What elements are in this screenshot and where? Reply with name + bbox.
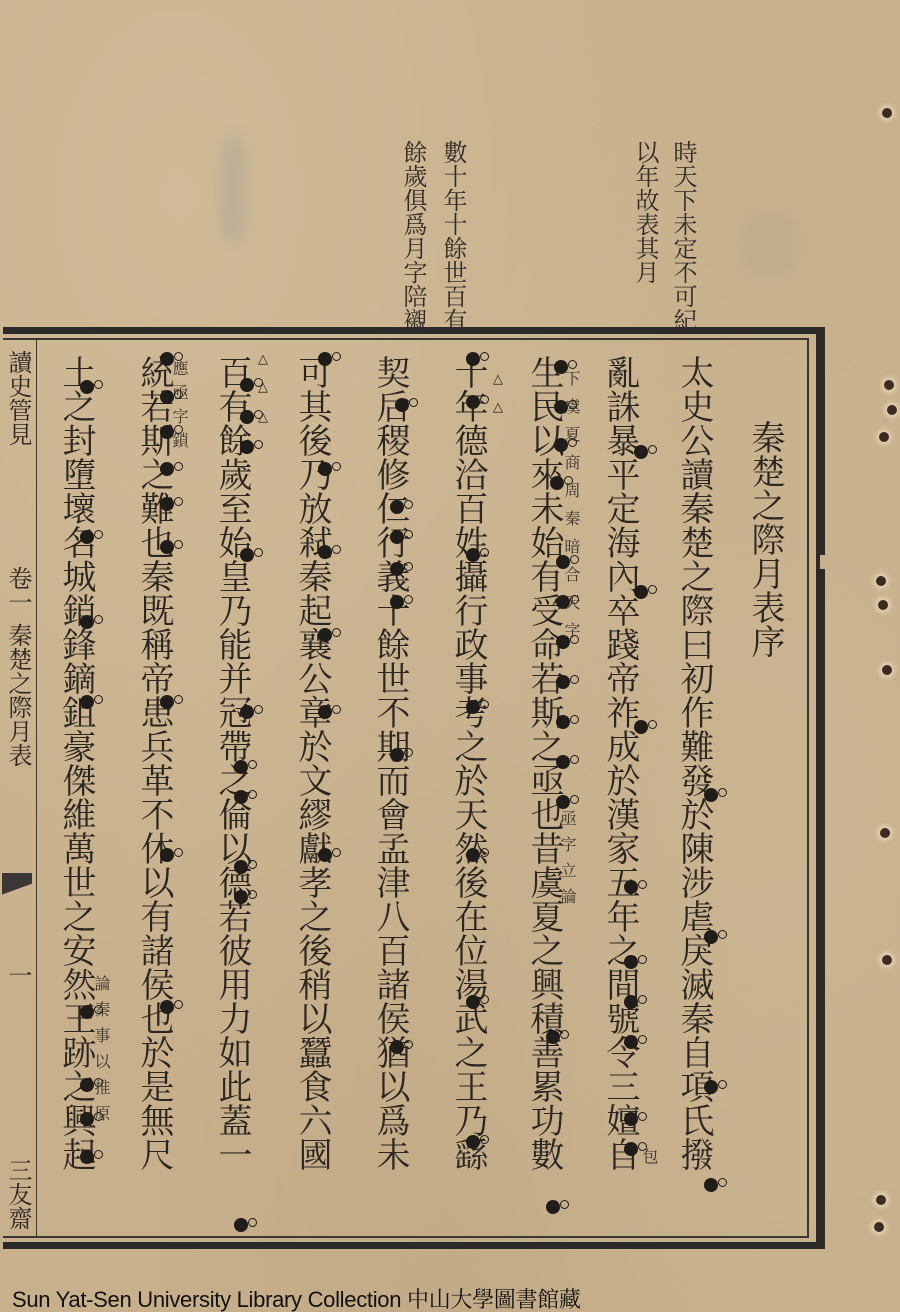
- reading-mark: [160, 390, 174, 404]
- wormhole: [879, 432, 889, 442]
- reading-mark: [556, 755, 570, 769]
- reading-mark: [234, 890, 248, 904]
- reading-mark: [704, 1178, 718, 1192]
- reading-mark: [624, 1112, 638, 1126]
- wormhole: [882, 665, 892, 675]
- reading-mark: [240, 705, 254, 719]
- annotation-ji-zi: 亟字立論: [558, 810, 576, 914]
- top-note-4: 餘歲俱爲月字陪襯: [400, 140, 426, 332]
- reading-mark: [556, 715, 570, 729]
- reading-mark: [160, 1000, 174, 1014]
- text-column-4: 十年德洽百姓攝行政事考之於天然後在位湯武之王乃繇: [448, 355, 488, 1171]
- reading-mark: [160, 848, 174, 862]
- reading-mark: [160, 540, 174, 554]
- wormhole: [882, 108, 892, 118]
- reading-mark: [80, 1005, 94, 1019]
- margin-page-number: 一: [4, 963, 32, 987]
- reading-mark: [318, 628, 332, 642]
- reading-mark: [160, 352, 174, 366]
- wormhole: [880, 828, 890, 838]
- reading-mark: [466, 995, 480, 1009]
- reading-mark: [160, 695, 174, 709]
- collection-credit: Sun Yat-Sen University Library Collectio…: [12, 1283, 581, 1312]
- reading-mark: [390, 748, 404, 762]
- annotation-ying-ji: 應亟字鎖: [170, 360, 188, 456]
- reading-mark: [160, 425, 174, 439]
- wormhole: [878, 600, 888, 610]
- reading-mark: [80, 615, 94, 629]
- reading-mark: [624, 955, 638, 969]
- reading-mark: [234, 790, 248, 804]
- wormhole: [874, 1222, 884, 1232]
- text-column-2: 亂誅暴平定海內卒踐帝祚成於漢家五年之間號令三嬗自: [600, 355, 640, 1171]
- reading-mark: [704, 1080, 718, 1094]
- reading-mark: [624, 880, 638, 894]
- annotation-lun-qin: 論秦事以推原: [92, 975, 110, 1131]
- section-title: 秦楚之際月表序: [745, 420, 785, 658]
- reading-mark: [704, 788, 718, 802]
- reading-mark: [554, 400, 568, 414]
- reading-mark: [550, 476, 564, 490]
- margin-volume: 卷一: [4, 566, 32, 614]
- reading-mark: [234, 860, 248, 874]
- wormhole: [887, 405, 897, 415]
- reading-mark: [240, 440, 254, 454]
- water-stain: [740, 210, 800, 280]
- top-note-1: 時天下未定不可紀: [670, 140, 696, 332]
- reading-mark: [318, 352, 332, 366]
- triangle-mark: △: [258, 410, 268, 425]
- reading-mark: [160, 497, 174, 511]
- reading-mark: [634, 720, 648, 734]
- text-column-9: 土之封墮壞名城銷鋒鏑鉏豪傑維萬世之安然王跡之興起: [56, 355, 96, 1171]
- reading-mark: [80, 695, 94, 709]
- reading-mark: [554, 438, 568, 452]
- triangle-mark: △: [258, 380, 268, 395]
- reading-mark: [318, 848, 332, 862]
- fish-tail-mark: [2, 873, 32, 901]
- margin-studio: 三友齋: [4, 1158, 32, 1230]
- reading-mark: [704, 930, 718, 944]
- reading-mark: [554, 360, 568, 374]
- reading-mark: [546, 1030, 560, 1044]
- text-column-6: 可其後乃放弒秦起襄公章於文繆獻孝之後稍以蠶食六國: [292, 355, 332, 1171]
- reading-mark: [80, 530, 94, 544]
- reading-mark: [160, 462, 174, 476]
- border-gap: [820, 555, 832, 569]
- reading-mark: [466, 548, 480, 562]
- water-stain: [218, 135, 248, 245]
- reading-mark: [80, 1078, 94, 1092]
- reading-mark: [624, 1035, 638, 1049]
- reading-mark: [240, 548, 254, 562]
- reading-mark: [240, 410, 254, 424]
- top-note-2: 以年故表其月: [632, 140, 658, 284]
- reading-mark: [466, 700, 480, 714]
- reading-mark: [634, 585, 648, 599]
- margin-strip: 讀史管見 卷一 秦楚之際月表 一 三友齋: [0, 338, 37, 1238]
- margin-book-title: 讀史管見: [4, 350, 32, 446]
- wormhole: [882, 955, 892, 965]
- reading-mark: [556, 635, 570, 649]
- reading-mark: [390, 1040, 404, 1054]
- wormhole: [876, 1195, 886, 1205]
- reading-mark: [80, 1112, 94, 1126]
- reading-mark: [390, 562, 404, 576]
- margin-section: 秦楚之際月表: [4, 623, 32, 767]
- text-column-8: 統若斯之難也秦既稱帝患兵革不休以有諸侯也於是無尺: [134, 355, 174, 1171]
- triangle-mark: △: [493, 400, 503, 415]
- wormhole: [884, 380, 894, 390]
- reading-mark: [234, 760, 248, 774]
- reading-mark: [556, 675, 570, 689]
- reading-mark: [466, 1135, 480, 1149]
- reading-mark: [624, 1142, 638, 1156]
- reading-mark: [390, 595, 404, 609]
- reading-mark: [240, 378, 254, 392]
- reading-mark: [466, 848, 480, 862]
- reading-mark: [466, 395, 480, 409]
- reading-mark: [390, 500, 404, 514]
- reading-mark: [466, 352, 480, 366]
- reading-mark: [634, 445, 648, 459]
- reading-mark: [556, 795, 570, 809]
- wormhole: [876, 576, 886, 586]
- reading-mark: [624, 995, 638, 1009]
- reading-mark: [80, 380, 94, 394]
- top-note-3: 數十年十餘世百有: [440, 140, 466, 332]
- triangle-mark: △: [258, 352, 268, 367]
- reading-mark: [318, 545, 332, 559]
- reading-mark: [318, 462, 332, 476]
- reading-mark: [318, 705, 332, 719]
- reading-mark: [556, 555, 570, 569]
- triangle-mark: △: [493, 372, 503, 387]
- reading-mark: [546, 1200, 560, 1214]
- reading-mark: [395, 398, 409, 412]
- reading-mark: [556, 595, 570, 609]
- text-column-1: 太史公讀秦楚之際曰初作難發於陳涉虐戾滅秦自項氏撥: [674, 355, 714, 1171]
- reading-mark: [80, 1150, 94, 1164]
- reading-mark: [234, 1218, 248, 1232]
- reading-mark: [390, 530, 404, 544]
